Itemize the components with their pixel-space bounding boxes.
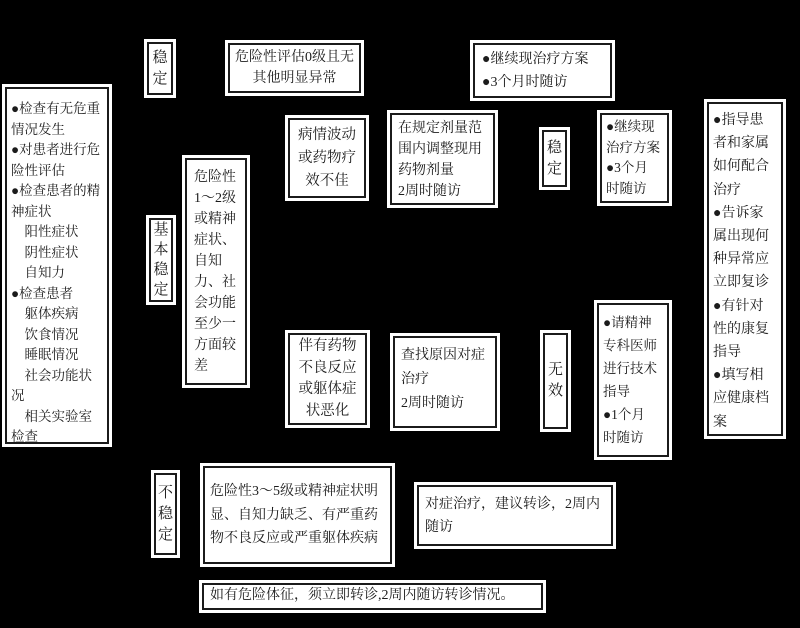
continue-treatment-mid-box: ●继续现 治疗方案 ●3个月 时随访 — [600, 113, 669, 203]
condition-stable-mid-box: 稳 定 — [542, 130, 567, 187]
illness-fluctuation-box: 病情波动 或药物疗 效不佳 — [288, 118, 366, 198]
condition-ineffective-box: 无 效 — [543, 333, 568, 429]
risk-level-1-2-box: 危险性 1～2级 或精神 症状、 自知 力、社 会功能 至少一 方面较 差 — [185, 158, 247, 385]
condition-basically-stable-box: 基 本 稳 定 — [149, 218, 173, 302]
psychiatric-specialist-guidance-box: ●请精神 专科医师 进行技术 指导 ●1个月 时随访 — [597, 303, 669, 457]
condition-unstable-box: 不 稳 定 — [154, 473, 177, 555]
risk-level-3-5-box: 危险性3～5级或精神症状明 显、自知力缺乏、有严重药 物不良反应或严重躯体疾病 — [203, 466, 392, 564]
danger-sign-referral-note-box: 如有危险体征，须立即转诊,2周内随访转诊情况。 — [202, 583, 543, 610]
adjust-dose-box: 在规定剂量范 围内调整现用 药物剂量 2周时随访 — [390, 113, 495, 205]
flowchart-canvas: ●检查有无危重 情况发生 ●对患者进行危 险性评估 ●检查患者的精 神症状 阳性… — [0, 0, 800, 628]
condition-stable-top-box: 稳 定 — [147, 42, 173, 95]
find-cause-symptomatic-treatment-box: 查找原因对症 治疗 2周时随访 — [393, 336, 497, 428]
followup-checklist-box: ●检查有无危重 情况发生 ●对患者进行危 险性评估 ●检查患者的精 神症状 阳性… — [5, 87, 109, 444]
risk-level0-assessment-box: 危险性评估0级且无 其他明显异常 — [228, 43, 361, 93]
symptomatic-treatment-referral-box: 对症治疗，建议转诊，2周内 随访 — [417, 485, 613, 546]
continue-treatment-top-box: ●继续现治疗方案 ●3个月时随访 — [473, 43, 612, 98]
adverse-drug-reaction-box: 伴有药物 不良反应 或躯体症 状恶化 — [288, 333, 367, 425]
patient-family-guidance-box: ●指导患 者和家属 如何配合 治疗 ●告诉家 属出现何 种异常应 立即复诊 ●有… — [707, 102, 783, 436]
